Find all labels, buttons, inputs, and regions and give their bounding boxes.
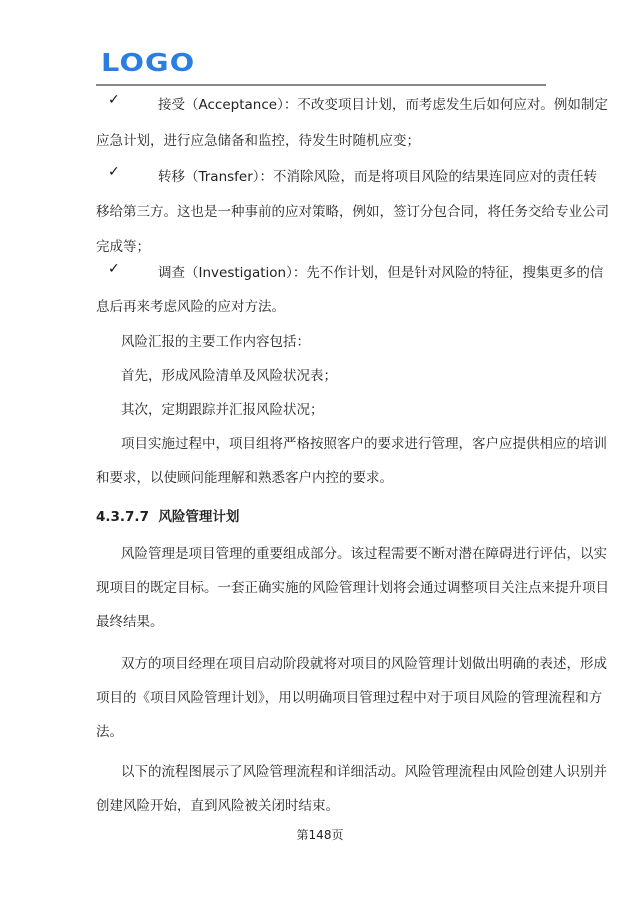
checkmark-icon: ✓ bbox=[108, 164, 120, 180]
bullet-investigation-line2: 息后再来考虑风险的应对方法。 bbox=[96, 298, 285, 316]
paragraph-1-line2: 现项目的既定目标。一套正确实施的风险管理计划将会通过调整项目关注点来提升项目 bbox=[96, 579, 609, 597]
logo: LOGO bbox=[101, 50, 183, 76]
header-divider bbox=[96, 84, 546, 86]
section-heading: 4.3.7.7 风险管理计划 bbox=[96, 505, 239, 525]
paragraph-1-line3: 最终结果。 bbox=[96, 613, 164, 631]
paragraph-2-line2: 项目的《项目风险管理计划》，用以明确项目管理过程中对于项目风险的管理流程和方 bbox=[96, 689, 602, 707]
bullet-transfer-line2: 移给第三方。这也是一种事前的应对策略，例如，签订分包合同，将任务交给专业公司 bbox=[96, 203, 609, 221]
report-second: 其次，定期跟踪并汇报风险状况； bbox=[121, 401, 324, 419]
paragraph-2-line3: 法。 bbox=[96, 723, 123, 741]
paragraph-3-line1: 以下的流程图展示了风险管理流程和详细活动。风险管理流程由风险创建人识别并 bbox=[121, 763, 607, 781]
implementation-line2: 和要求，以使顾问能理解和熟悉客户内控的要求。 bbox=[96, 469, 393, 487]
bullet-transfer-line1: 转移（Transfer）：不消除风险，而是将项目风险的结果连同应对的责任转 bbox=[158, 168, 597, 186]
bullet-investigation-line1: 调查（Investigation）：先不作计划，但是针对风险的特征，搜集更多的信 bbox=[158, 264, 603, 282]
bullet-transfer-line3: 完成等； bbox=[96, 238, 150, 256]
paragraph-2-line1: 双方的项目经理在项目启动阶段就将对项目的风险管理计划做出明确的表述，形成 bbox=[121, 655, 607, 673]
section-number: 4.3.7.7 bbox=[96, 509, 149, 525]
bullet-acceptance-line2: 应急计划，进行应急储备和监控，待发生时随机应变； bbox=[96, 132, 420, 150]
checkmark-icon: ✓ bbox=[108, 92, 120, 108]
section-title: 风险管理计划 bbox=[158, 509, 239, 525]
page-number: 第148页 bbox=[0, 826, 640, 843]
paragraph-3-line2: 创建风险开始，直到风险被关闭时结束。 bbox=[96, 797, 339, 815]
bullet-acceptance-line1: 接受（Acceptance）：不改变项目计划，而考虑发生后如何应对。例如制定 bbox=[158, 96, 608, 114]
logo-text: LOGO bbox=[101, 50, 195, 76]
paragraph-1-line1: 风险管理是项目管理的重要组成部分。该过程需要不断对潜在障碍进行评估，以实 bbox=[121, 545, 607, 563]
implementation-line1: 项目实施过程中，项目组将严格按照客户的要求进行管理，客户应提供相应的培训 bbox=[121, 435, 607, 453]
report-intro: 风险汇报的主要工作内容包括： bbox=[121, 333, 310, 351]
checkmark-icon: ✓ bbox=[108, 261, 120, 277]
report-first: 首先，形成风险清单及风险状况表； bbox=[121, 367, 337, 385]
